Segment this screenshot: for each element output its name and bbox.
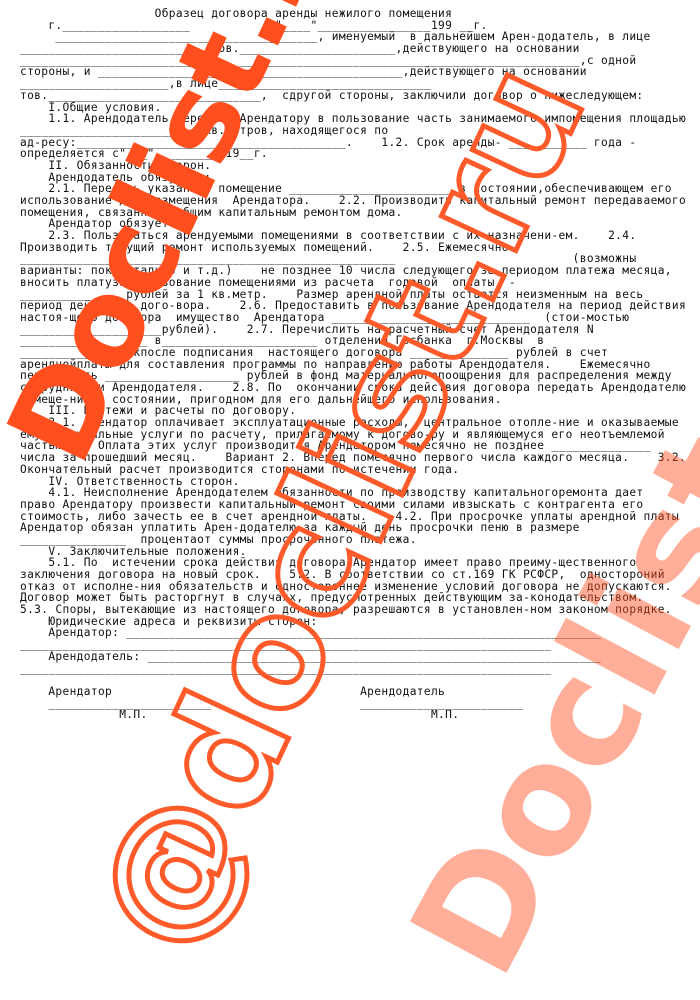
contract-text: Образец договора аренды нежилого помещен… xyxy=(20,8,690,721)
document-line: Окончательный расчет производится сторон… xyxy=(20,464,690,476)
document-line: 3.1. Арендатор оплачивает эксплуатационн… xyxy=(20,417,690,429)
document-line: ________________________________________… xyxy=(20,663,690,675)
document-line: Арендатор Арендодатель xyxy=(20,686,690,698)
document-line: использование для размещения Арендатора.… xyxy=(20,195,690,207)
document-line: Арендодатель: __________________________… xyxy=(20,651,690,663)
document-line: _________________________ кв.метров, нах… xyxy=(20,125,690,137)
document-line: __________дн.срокпосле подписания настоя… xyxy=(20,347,690,359)
document-line: право Арендатору произвести капитальный … xyxy=(20,499,690,511)
document-page: Образец договора аренды нежилого помещен… xyxy=(0,0,700,1000)
document-line: ___________________________тов._________… xyxy=(20,43,690,55)
document-line: М.П. М.П. xyxy=(20,709,690,721)
document-line: вносить платуза пользование помещениями … xyxy=(20,277,690,289)
document-line: _______________ процентаот суммы просроч… xyxy=(20,534,690,546)
document-line: настоя-щего договора имущество Арендатор… xyxy=(20,312,690,324)
document-line: сотрудниками Арендодателя. 2.8. По оконч… xyxy=(20,382,690,394)
document-title: Образец договора аренды нежилого помещен… xyxy=(20,8,690,20)
document-line: заключения договора на новый срок. 5.2. … xyxy=(20,569,690,581)
document-line: 2.3. Пользоваться арендуемыми помещениям… xyxy=(20,230,690,242)
document-line: тов.______________________________, сдру… xyxy=(20,90,690,102)
document-line: II. Обязанности сторон. xyxy=(20,160,690,172)
document-line: 5.3. Споры, вытекающие из настоящего дог… xyxy=(20,604,690,616)
